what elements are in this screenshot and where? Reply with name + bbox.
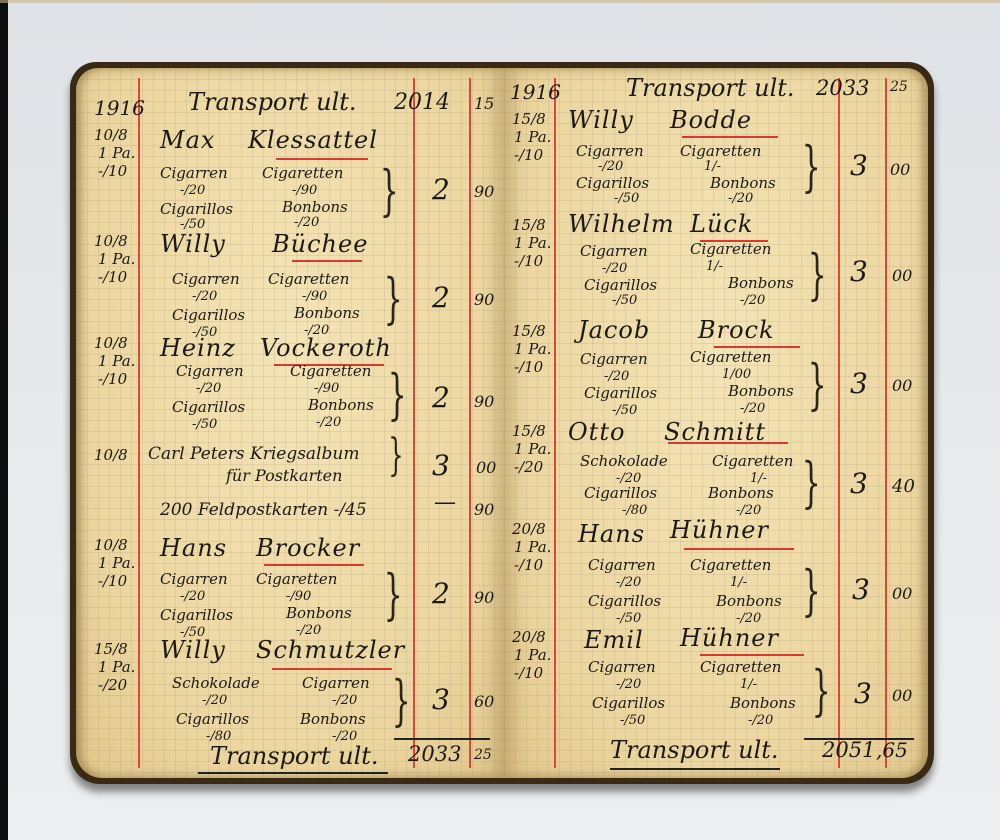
- item-name: Bonbons: [710, 176, 776, 191]
- item-price: -/20: [616, 678, 641, 691]
- item-name: Cigarillos: [172, 400, 245, 415]
- item-name: Cigarillos: [592, 696, 665, 711]
- item-name: Cigarillos: [160, 608, 233, 623]
- item-name: Bonbons: [728, 276, 794, 291]
- entry-cents: 00: [892, 688, 912, 704]
- customer-first-name: Emil: [584, 628, 644, 652]
- entry-amount: 2: [432, 284, 450, 312]
- entry-cents: 00: [890, 162, 910, 178]
- entry-date: 10/8: [94, 538, 128, 553]
- item-price: 1/-: [704, 160, 721, 173]
- customer-first-name: Willy: [160, 638, 226, 662]
- entry-date: 15/8: [512, 112, 546, 127]
- name-underline: [684, 548, 794, 550]
- entry-note: 1 Pa.: [98, 556, 135, 571]
- entry-note: 1 Pa.: [514, 540, 551, 555]
- item-price: 1/-: [730, 576, 747, 589]
- footer-underline: [198, 772, 388, 774]
- entry-amount: 2: [432, 176, 450, 204]
- entry-amount: 3: [850, 470, 868, 498]
- item-price: -/20: [740, 294, 765, 307]
- item-price: -/20: [196, 382, 221, 395]
- name-underline: [682, 136, 778, 138]
- entry-cents: 40: [892, 478, 915, 496]
- entry-cents: 00: [892, 586, 912, 602]
- item-price: -/90: [314, 382, 339, 395]
- item-name: Cigarren: [580, 244, 648, 259]
- transport-header-cents: 15: [474, 96, 494, 112]
- item-price: -/20: [602, 262, 627, 275]
- entry-amount: 3: [850, 258, 868, 286]
- entry-date: 15/8: [94, 642, 128, 657]
- entry-cents: 60: [474, 694, 494, 710]
- entry-amount: 3: [850, 152, 868, 180]
- item-price: -/20: [332, 694, 357, 707]
- entry-amount: 3: [432, 452, 450, 480]
- entry-date: 10/8: [94, 448, 128, 463]
- customer-first-name: Hans: [160, 536, 227, 560]
- brace-icon: }: [802, 140, 821, 194]
- item-name: Bonbons: [730, 696, 796, 711]
- amount-column-rule: [413, 78, 415, 768]
- customer-last-name: Brock: [698, 318, 775, 342]
- transport-footer-label: Transport ult.: [210, 744, 379, 768]
- item-name: Schokolade: [580, 454, 668, 469]
- item-price: -/20: [616, 576, 641, 589]
- item-price: -/50: [620, 714, 645, 727]
- brace-icon: }: [808, 248, 827, 302]
- entry-cents: 90: [474, 590, 494, 606]
- customer-last-name: Büchee: [272, 232, 368, 256]
- customer-first-name: Willy: [568, 108, 634, 132]
- item-name: Cigarren: [588, 558, 656, 573]
- entry-note: 1 Pa.: [98, 146, 135, 161]
- item-name: Cigarillos: [160, 202, 233, 217]
- entry-cents: 00: [892, 378, 912, 394]
- entry-date: 15/8: [512, 218, 546, 233]
- entry-cents: 90: [474, 502, 494, 518]
- item-price: -/50: [612, 404, 637, 417]
- item-name: Bonbons: [716, 594, 782, 609]
- right-page: 1916 Transport ult. 2033 25 15/8 1 Pa. -…: [504, 68, 928, 778]
- item-name: Cigaretten: [262, 166, 343, 181]
- item-name: Schokolade: [172, 676, 260, 691]
- scanner-top-edge: [0, 0, 1000, 3]
- item-price: -/50: [614, 192, 639, 205]
- item-price: -/20: [740, 402, 765, 415]
- customer-last-name: Hühner: [670, 518, 769, 542]
- item-price: -/20: [294, 216, 319, 229]
- item-name: Cigarren: [576, 144, 644, 159]
- name-underline: [272, 668, 392, 670]
- entry-description: Carl Peters Kriegsalbum: [148, 446, 359, 463]
- item-price: -/20: [192, 290, 217, 303]
- brace-icon: }: [384, 568, 403, 622]
- transport-header-amount: 2033: [816, 78, 869, 99]
- customer-first-name: Hans: [578, 522, 645, 546]
- brace-icon: }: [392, 674, 411, 728]
- customer-last-name: Klessattel: [248, 128, 378, 152]
- item-price: -/20: [316, 416, 341, 429]
- margin-rule: [138, 78, 140, 768]
- item-name: Bonbons: [294, 306, 360, 321]
- item-price: 1/00: [722, 368, 751, 381]
- entry-amount: —: [434, 492, 456, 514]
- item-name: Cigarren: [160, 572, 228, 587]
- item-name: Cigaretten: [690, 242, 771, 257]
- item-name: Cigaretten: [268, 272, 349, 287]
- entry-note: -/10: [514, 254, 543, 269]
- entry-amount: 3: [854, 680, 872, 708]
- item-price: -/50: [612, 294, 637, 307]
- entry-date: 20/8: [512, 522, 546, 537]
- entry-note: 1 Pa.: [98, 660, 135, 675]
- item-name: Cigaretten: [700, 660, 781, 675]
- entry-amount: 3: [432, 686, 450, 714]
- name-underline: [276, 158, 368, 160]
- item-name: Bonbons: [300, 712, 366, 727]
- item-name: Cigarren: [302, 676, 370, 691]
- entry-note: -/10: [514, 148, 543, 163]
- item-price: -/20: [180, 184, 205, 197]
- item-name: Cigarren: [172, 272, 240, 287]
- item-name: Bonbons: [286, 606, 352, 621]
- entry-note: -/20: [514, 460, 543, 475]
- entry-note: 1 Pa.: [514, 648, 551, 663]
- entry-note: -/10: [514, 360, 543, 375]
- item-name: Cigarillos: [584, 386, 657, 401]
- entry-description: 200 Feldpostkarten -/45: [160, 502, 367, 519]
- item-name: Cigarillos: [584, 278, 657, 293]
- entry-note: -/10: [98, 574, 127, 589]
- customer-last-name: Bodde: [670, 108, 752, 132]
- transport-footer-amount: 2033: [408, 744, 461, 765]
- entry-amount: 2: [432, 384, 450, 412]
- item-name: Cigaretten: [712, 454, 793, 469]
- brace-icon: }: [802, 564, 821, 618]
- footer-underline: [610, 768, 780, 770]
- customer-first-name: Wilhelm: [568, 212, 675, 236]
- amount-column-rule: [838, 78, 840, 768]
- item-name: Cigarillos: [176, 712, 249, 727]
- entry-note: 1 Pa.: [514, 442, 551, 457]
- name-underline: [668, 442, 788, 444]
- item-price: -/20: [598, 160, 623, 173]
- item-price: -/50: [192, 418, 217, 431]
- transport-footer-cents: 25: [474, 748, 492, 762]
- year-label: 1916: [94, 98, 145, 118]
- customer-first-name: Max: [160, 128, 215, 152]
- customer-last-name: Lück: [690, 212, 753, 236]
- item-name: Cigarillos: [588, 594, 661, 609]
- entry-note: -/10: [98, 270, 127, 285]
- item-price: -/90: [286, 590, 311, 603]
- cents-column-rule: [885, 78, 887, 768]
- brace-icon: }: [384, 272, 403, 326]
- entry-amount: 2: [432, 580, 450, 608]
- entry-cents: 90: [474, 394, 494, 410]
- transport-header-label: Transport ult.: [626, 76, 795, 100]
- item-name: Cigarren: [160, 166, 228, 181]
- sum-rule: [394, 738, 490, 740]
- entry-note: -/10: [514, 666, 543, 681]
- customer-last-name: Vockeroth: [260, 336, 392, 360]
- item-price: -/80: [622, 504, 647, 517]
- name-underline: [264, 564, 364, 566]
- transport-footer-cents: ,65: [876, 740, 908, 760]
- cents-column-rule: [469, 78, 471, 768]
- item-name: Cigarillos: [584, 486, 657, 501]
- customer-last-name: Hühner: [680, 626, 779, 650]
- item-name: Bonbons: [728, 384, 794, 399]
- item-name: Cigaretten: [690, 558, 771, 573]
- brace-icon: }: [808, 358, 827, 412]
- ledger-book: 1916 Transport ult. 2014 15 10/8 1 Pa. -…: [70, 62, 934, 784]
- brace-icon: }: [812, 664, 831, 718]
- entry-note: 1 Pa.: [98, 252, 135, 267]
- entry-amount: 3: [852, 576, 870, 604]
- scanner-edge: [0, 0, 8, 840]
- item-price: 1/-: [740, 678, 757, 691]
- item-name: Cigaretten: [690, 350, 771, 365]
- entry-note: -/10: [98, 372, 127, 387]
- entry-note: -/10: [514, 558, 543, 573]
- brace-icon: }: [802, 456, 821, 510]
- entry-date: 10/8: [94, 234, 128, 249]
- entry-cents: 90: [474, 184, 494, 200]
- item-name: Bonbons: [708, 486, 774, 501]
- transport-footer-amount: 2051: [822, 740, 875, 761]
- item-price: -/20: [180, 590, 205, 603]
- brace-icon: }: [388, 368, 407, 422]
- item-price: -/90: [292, 184, 317, 197]
- entry-note: 1 Pa.: [514, 342, 551, 357]
- entry-description: für Postkarten: [226, 468, 342, 484]
- item-name: Cigarren: [588, 660, 656, 675]
- item-price: -/50: [616, 612, 641, 625]
- brace-icon: }: [380, 164, 399, 218]
- year-label: 1916: [510, 82, 561, 102]
- item-name: Cigaretten: [256, 572, 337, 587]
- item-name: Bonbons: [282, 200, 348, 215]
- customer-first-name: Jacob: [578, 318, 650, 342]
- transport-header-label: Transport ult.: [188, 90, 357, 114]
- customer-last-name: Brocker: [256, 536, 360, 560]
- item-name: Cigarillos: [576, 176, 649, 191]
- name-underline: [292, 260, 362, 262]
- entry-cents: 00: [892, 268, 912, 284]
- item-price: -/20: [202, 694, 227, 707]
- customer-first-name: Willy: [160, 232, 226, 256]
- entry-date: 20/8: [512, 630, 546, 645]
- item-price: -/20: [748, 714, 773, 727]
- item-name: Cigarren: [580, 352, 648, 367]
- transport-footer-label: Transport ult.: [610, 738, 779, 762]
- item-name: Cigarren: [176, 364, 244, 379]
- name-underline: [700, 654, 804, 656]
- entry-note: 1 Pa.: [98, 354, 135, 369]
- transport-header-amount: 2014: [394, 92, 450, 114]
- item-name: Cigaretten: [680, 144, 761, 159]
- margin-rule: [554, 78, 556, 768]
- item-price: -/20: [604, 370, 629, 383]
- entry-amount: 3: [850, 370, 868, 398]
- item-price: -/20: [728, 192, 753, 205]
- entry-cents: 00: [476, 460, 496, 476]
- item-price: -/90: [302, 290, 327, 303]
- entry-date: 10/8: [94, 128, 128, 143]
- customer-last-name: Schmitt: [664, 420, 766, 444]
- transport-header-cents: 25: [890, 80, 908, 94]
- entry-date: 15/8: [512, 324, 546, 339]
- customer-last-name: Schmutzler: [256, 638, 405, 662]
- item-name: Cigaretten: [290, 364, 371, 379]
- item-name: Bonbons: [308, 398, 374, 413]
- customer-first-name: Heinz: [160, 336, 236, 360]
- entry-note: -/10: [98, 164, 127, 179]
- entry-date: 15/8: [512, 424, 546, 439]
- entry-cents: 90: [474, 292, 494, 308]
- brace-icon: }: [388, 434, 403, 478]
- entry-note: -/20: [98, 678, 127, 693]
- item-price: 1/-: [706, 260, 723, 273]
- entry-note: 1 Pa.: [514, 130, 551, 145]
- left-page: 1916 Transport ult. 2014 15 10/8 1 Pa. -…: [76, 68, 504, 778]
- entry-date: 10/8: [94, 336, 128, 351]
- entry-note: 1 Pa.: [514, 236, 551, 251]
- item-name: Cigarillos: [172, 308, 245, 323]
- customer-first-name: Otto: [568, 420, 625, 444]
